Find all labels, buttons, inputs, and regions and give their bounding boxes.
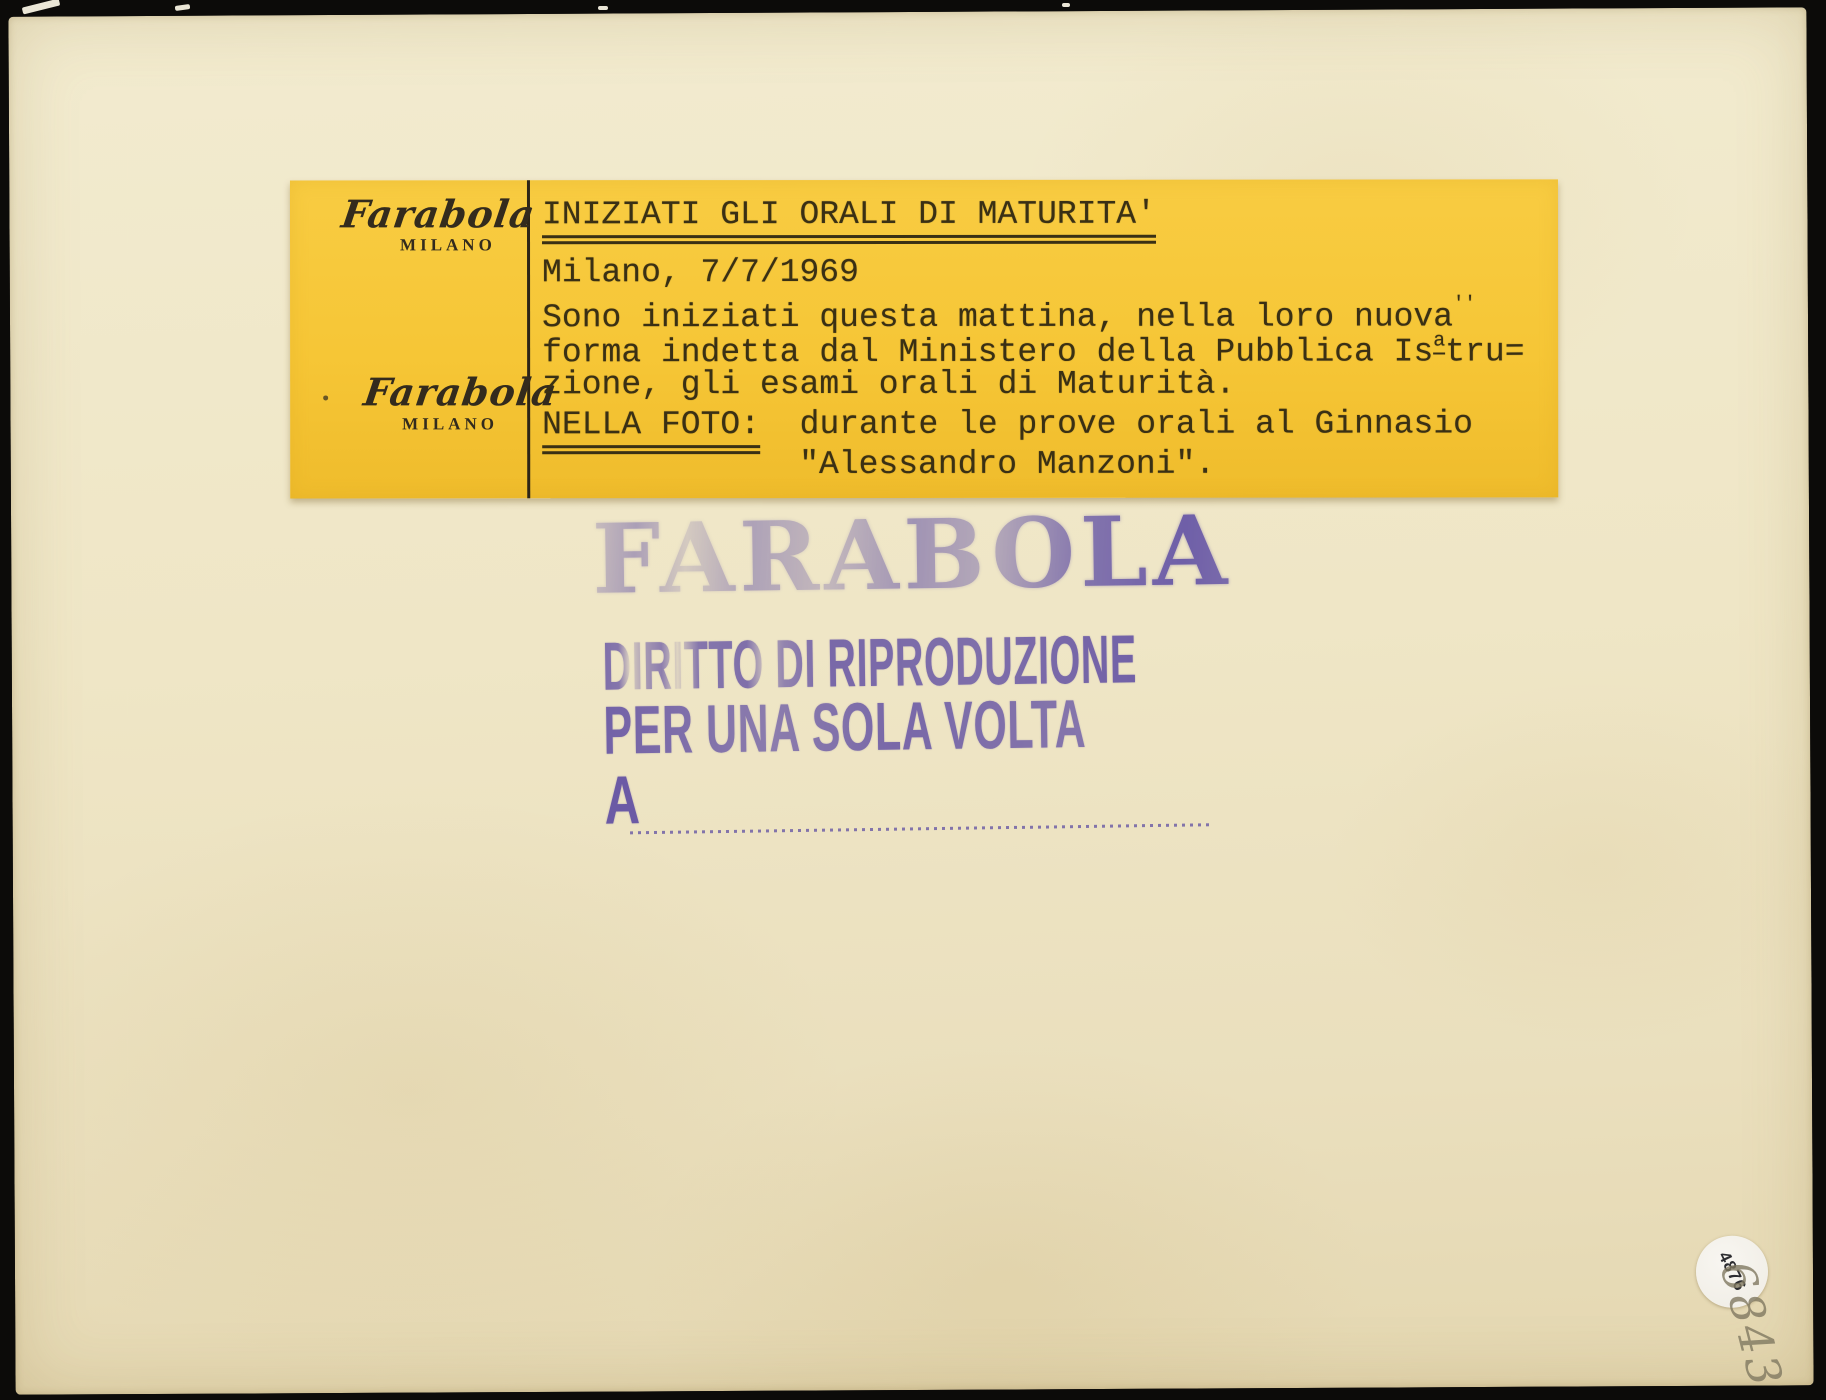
- caption-title: INIZIATI GLI ORALI DI MATURITA': [542, 198, 1156, 232]
- scanner-edge-speck: [1062, 3, 1070, 7]
- caption-photo-line-2: "Alessandro Manzoni".: [799, 448, 1215, 481]
- caption-body-line-2: forma indetta dal Ministero della Pubbli…: [542, 331, 1524, 369]
- caption-label-sticker: Farabola MILANO Farabola MILANO INIZIATI…: [290, 179, 1558, 498]
- farabola-logo-bottom-city: MILANO: [402, 414, 498, 434]
- body-line-2-post: tru=: [1445, 333, 1524, 370]
- stamp-agency-name: FARABOLA: [592, 503, 1233, 608]
- caption-title-text: INIZIATI GLI ORALI DI MATURITA': [542, 196, 1156, 245]
- farabola-logo-top-city: MILANO: [400, 235, 496, 255]
- nella-foto-label: NELLA FOTO:: [542, 406, 760, 454]
- farabola-logo-top: Farabola: [339, 191, 538, 236]
- photo-back-paper: Farabola MILANO Farabola MILANO INIZIATI…: [8, 7, 1813, 1394]
- caption-photo-line: NELLA FOTO: durante le prove orali al Gi…: [542, 407, 1473, 441]
- caption-dateline: Milano, 7/7/1969: [542, 256, 859, 289]
- body-line-1-text: Sono iniziati questa mattina, nella loro…: [542, 298, 1453, 336]
- scanner-edge-speck: [598, 6, 608, 10]
- typed-correction-letter: a: [1433, 329, 1445, 354]
- scanner-edge-speck: [22, 0, 61, 14]
- nella-foto-text: durante le prove orali al Ginnasio: [760, 405, 1473, 443]
- stamp-a-prefix: A: [604, 766, 641, 834]
- farabola-logo-bottom: Farabola: [361, 369, 560, 414]
- stamp-once-only-line: PER UNA SOLA VOLTA: [603, 690, 1086, 765]
- handwritten-pencil-number: 6843: [1710, 1256, 1794, 1394]
- ink-dot: [323, 395, 328, 400]
- caption-body-line-1: Sono iniziati questa mattina, nella loro…: [542, 294, 1476, 334]
- stamp-dotted-fill-line: [630, 823, 1212, 834]
- scanned-photo-verso: Farabola MILANO Farabola MILANO INIZIATI…: [0, 0, 1826, 1400]
- typed-correction-mark: '': [1453, 292, 1476, 314]
- scanner-edge-speck: [175, 4, 191, 11]
- caption-body-line-3: zione, gli esami orali di Maturità.: [542, 368, 1235, 402]
